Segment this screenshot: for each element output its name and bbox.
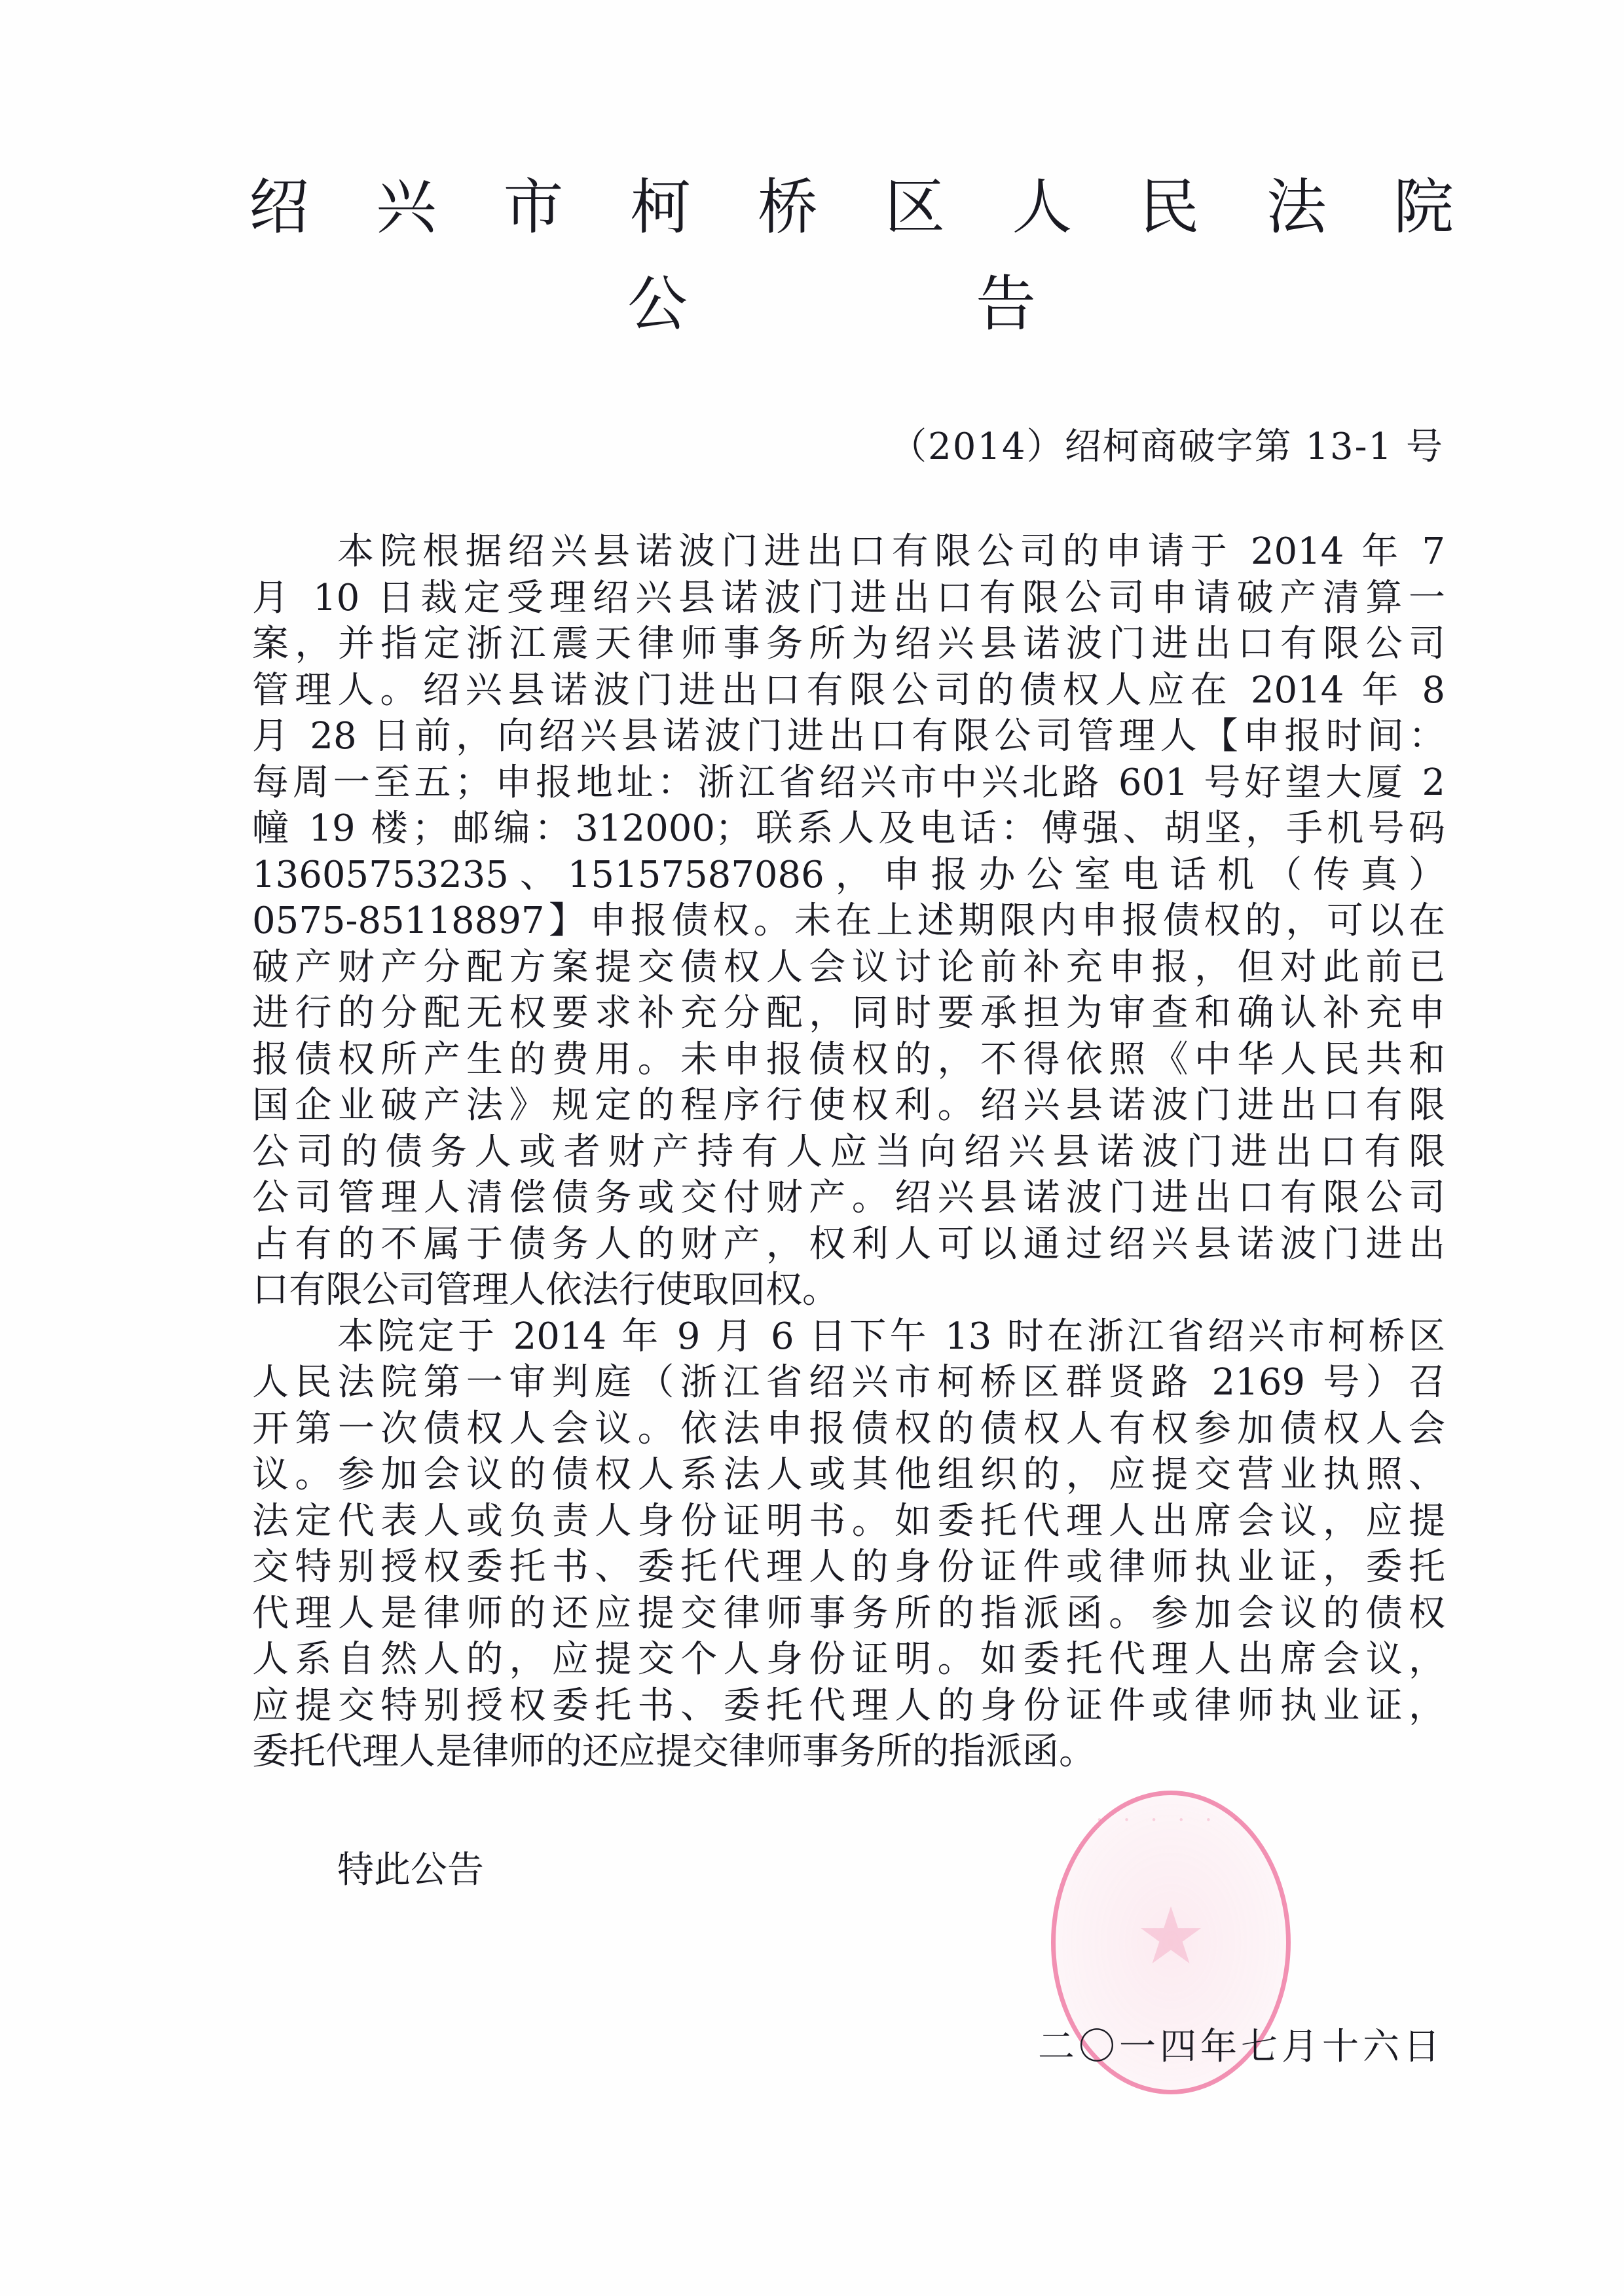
subtitle-char: 告 [976,268,1036,340]
body-line: 本院定于 2014 年 9 月 6 日下午 13 时在浙江省绍兴市柯桥区 [252,1314,1445,1360]
body-line: 每周一至五；申报地址：浙江省绍兴市中兴北路 601 号好望大厦 2 [252,760,1445,807]
case-number: （2014）绍柯商破字第 13-1 号 [890,424,1444,470]
title-char: 区 [885,172,945,244]
title-char: 绍 [249,172,309,244]
announcement-body: 本院根据绍兴县诺波门进出口有限公司的申请于 2014 年 7 月 10 日裁定受… [252,529,1445,1776]
announcement-heading: 公 告 [0,268,1624,340]
body-line: 管理人。绍兴县诺波门进出口有限公司的债权人应在 2014 年 8 [252,668,1445,714]
body-line: 公司管理人清偿债务或交付财产。绍兴县诺波门进出口有限公司 [252,1175,1445,1222]
body-line: 破产财产分配方案提交债权人会议讨论前补充申报，但对此前已 [252,945,1445,991]
body-line: 进行的分配无权要求补充分配，同时要承担为审查和确认补充申 [252,991,1445,1037]
subtitle-char: 公 [627,268,688,340]
body-line: 法定代表人或负责人身份证明书。如委托代理人出席会议，应提 [252,1499,1445,1545]
title-char: 柯 [631,172,691,244]
body-line: 月 10 日裁定受理绍兴县诺波门进出口有限公司申请破产清算一 [252,575,1445,622]
body-line: 报债权所产生的费用。未申报债权的，不得依照《中华人民共和 [252,1037,1445,1084]
title-char: 市 [503,172,563,244]
body-line: 国企业破产法》规定的程序行使权利。绍兴县诺波门进出口有限 [252,1083,1445,1129]
body-line: 0575-85118897】申报债权。未在上述期限内申报债权的，可以在 [252,898,1445,945]
body-line: 人系自然人的，应提交个人身份证明。如委托代理人出席会议， [252,1637,1445,1683]
title-char: 院 [1393,172,1454,244]
body-line: 议。参加会议的债权人系法人或其他组织的，应提交营业执照、 [252,1452,1445,1499]
body-line: 委托代理人是律师的还应提交律师事务所的指派函。 [252,1729,1445,1776]
closing-phrase: 特此公告 [337,1848,484,1893]
issue-date: 二〇一四年七月十六日 [1038,2024,1444,2070]
seal-star-icon: ★ [1135,1891,1206,1982]
body-line: 13605753235、15157587086，申报办公室电话机（传真） [252,852,1445,899]
body-line: 占有的不属于债务人的财产，权利人可以通过绍兴县诺波门进出 [252,1222,1445,1268]
body-line: 月 28 日前，向绍兴县诺波门进出口有限公司管理人【申报时间： [252,714,1445,760]
title-char: 桥 [758,172,818,244]
title-char: 兴 [376,172,436,244]
document-page: 绍 兴 市 柯 桥 区 人 民 法 院 公 告 （2014）绍柯商破字第 13-… [0,0,1624,2296]
body-line: 交特别授权委托书、委托代理人的身份证件或律师执业证，委托 [252,1544,1445,1591]
seal-arc-text: · · · · · · [1096,1807,1246,1833]
title-char: 民 [1139,172,1200,244]
body-line: 代理人是律师的还应提交律师事务所的指派函。参加会议的债权 [252,1591,1445,1637]
title-char: 法 [1266,172,1327,244]
title-char: 人 [1012,172,1072,244]
body-line: 案，并指定浙江震天律师事务所为绍兴县诺波门进出口有限公司 [252,621,1445,668]
court-title: 绍 兴 市 柯 桥 区 人 民 法 院 [249,172,1454,244]
body-line: 口有限公司管理人依法行使取回权。 [252,1267,1445,1314]
body-line: 本院根据绍兴县诺波门进出口有限公司的申请于 2014 年 7 [252,529,1445,575]
body-line: 人民法院第一审判庭（浙江省绍兴市柯桥区群贤路 2169 号）召 [252,1360,1445,1406]
body-line: 应提交特别授权委托书、委托代理人的身份证件或律师执业证， [252,1683,1445,1730]
body-line: 公司的债务人或者财产持有人应当向绍兴县诺波门进出口有限 [252,1129,1445,1176]
body-line: 开第一次债权人会议。依法申报债权的债权人有权参加债权人会 [252,1406,1445,1453]
body-line: 幢 19 楼；邮编：312000；联系人及电话：傅强、胡坚，手机号码 [252,806,1445,852]
